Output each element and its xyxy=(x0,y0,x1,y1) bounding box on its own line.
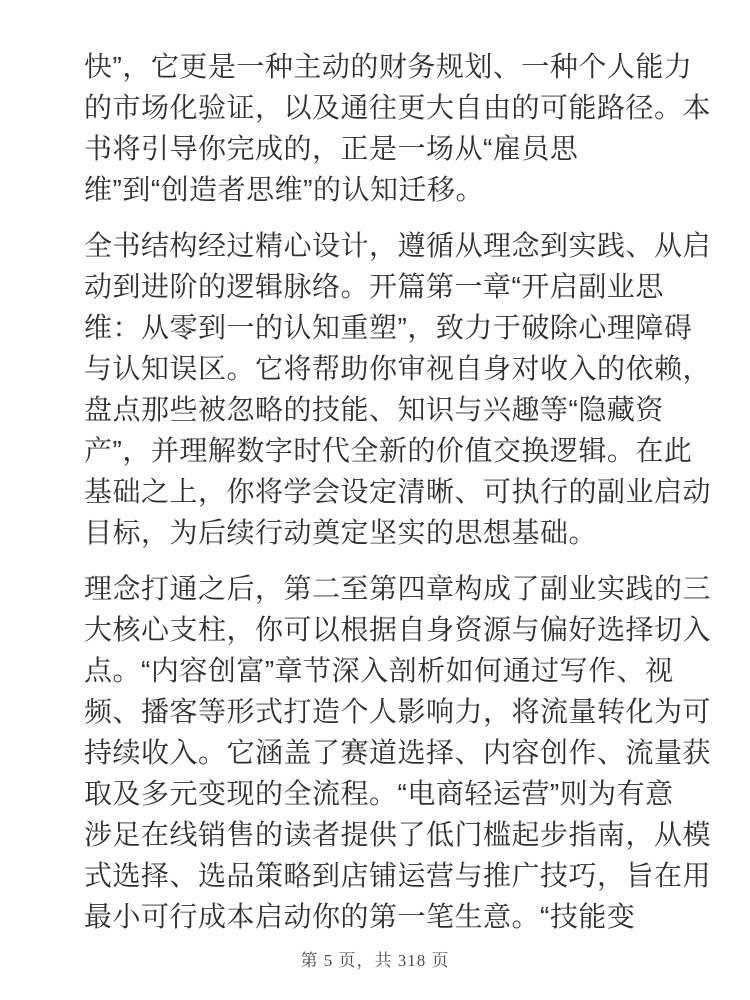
text-line: 目标，为后续行动奠定坚实的思想基础。 xyxy=(84,512,676,553)
text-line: 动到进阶的逻辑脉络。开篇第一章“开启副业思 xyxy=(84,266,676,307)
text-line: 取及多元变现的全流程。“电商轻运营”则为有意 xyxy=(84,773,676,814)
text-line: 产”，并理解数字时代全新的价值交换逻辑。在此 xyxy=(84,430,676,471)
text-line: 全书结构经过精心设计，遵循从理念到实践、从启 xyxy=(84,225,676,266)
text-content: 快”，它更是一种主动的财务规划、一种个人能力 的市场化验证，以及通往更大自由的可… xyxy=(84,46,676,952)
text-line: 的市场化验证，以及通往更大自由的可能路径。本 xyxy=(84,87,676,128)
paragraph: 理念打通之后，第二至第四章构成了副业实践的三 大核心支柱，你可以根据自身资源与偏… xyxy=(84,568,676,937)
text-line: 与认知误区。它将帮助你审视自身对收入的依赖， xyxy=(84,348,676,389)
text-line: 维：从零到一的认知重塑”，致力于破除心理障碍 xyxy=(84,307,676,348)
text-line: 点。“内容创富”章节深入剖析如何通过写作、视 xyxy=(84,650,676,691)
text-line: 书将引导你完成的，正是一场从“雇员思 xyxy=(84,128,676,169)
text-line: 持续收入。它涵盖了赛道选择、内容创作、流量获 xyxy=(84,732,676,773)
text-line: 涉足在线销售的读者提供了低门槛起步指南，从模 xyxy=(84,814,676,855)
text-line: 理念打通之后，第二至第四章构成了副业实践的三 xyxy=(84,568,676,609)
text-line: 维”到“创造者思维”的认知迁移。 xyxy=(84,169,676,210)
text-line: 式选择、选品策略到店铺运营与推广技巧，旨在用 xyxy=(84,855,676,896)
text-line: 盘点那些被忽略的技能、知识与兴趣等“隐藏资 xyxy=(84,389,676,430)
text-line: 最小可行成本启动你的第一笔生意。“技能变 xyxy=(84,896,676,937)
text-line: 大核心支柱，你可以根据自身资源与偏好选择切入 xyxy=(84,609,676,650)
text-line: 基础之上，你将学会设定清晰、可执行的副业启动 xyxy=(84,471,676,512)
page-footer: 第 5 页，共 318 页 xyxy=(0,946,750,971)
paragraph: 快”，它更是一种主动的财务规划、一种个人能力 的市场化验证，以及通往更大自由的可… xyxy=(84,46,676,210)
text-line: 快”，它更是一种主动的财务规划、一种个人能力 xyxy=(84,46,676,87)
page-indicator: 第 5 页，共 318 页 xyxy=(301,951,450,970)
paragraph: 全书结构经过精心设计，遵循从理念到实践、从启 动到进阶的逻辑脉络。开篇第一章“开… xyxy=(84,225,676,553)
document-page: 快”，它更是一种主动的财务规划、一种个人能力 的市场化验证，以及通往更大自由的可… xyxy=(0,0,750,1000)
text-line: 频、播客等形式打造个人影响力，将流量转化为可 xyxy=(84,691,676,732)
